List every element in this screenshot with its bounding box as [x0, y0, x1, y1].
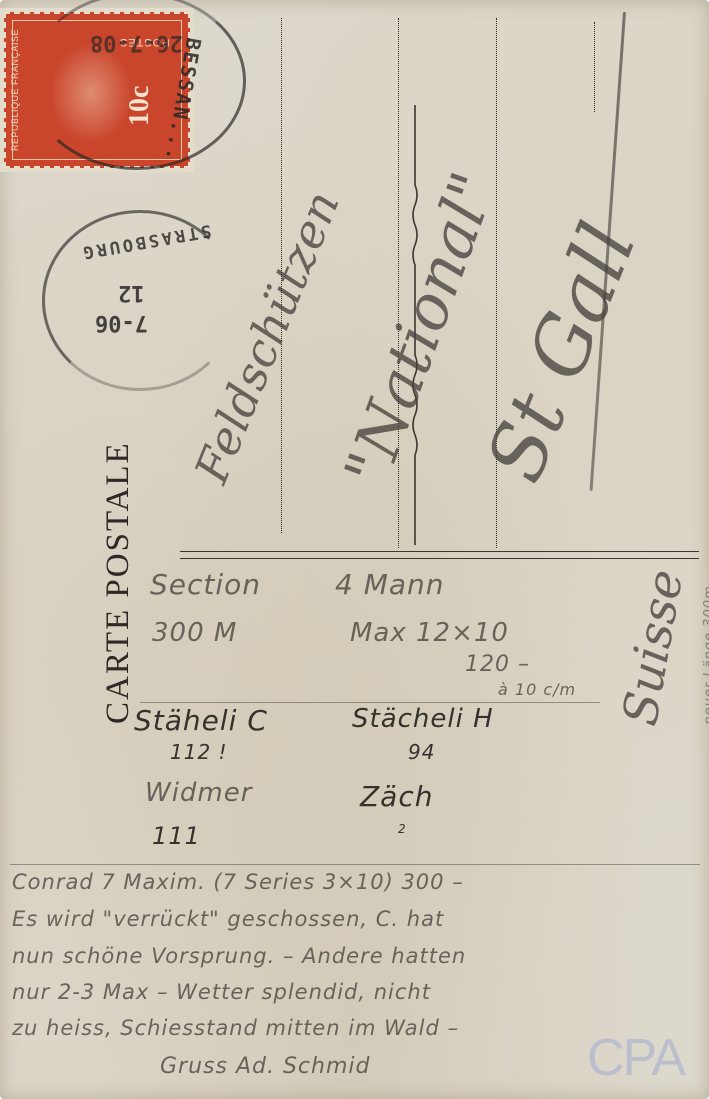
message-line: zu heiss, Schiesstand mitten im Wald –	[12, 1016, 459, 1040]
address-dotted-line	[594, 22, 595, 112]
score-sub-left: 300 M	[152, 618, 237, 648]
pencil-rule	[140, 702, 600, 703]
watermark: CPA	[587, 1028, 684, 1088]
shooter-name: Zäch	[360, 780, 433, 813]
shooter-name: Stäheli C	[134, 704, 268, 737]
shooter-score: 112 !	[170, 740, 228, 764]
shooter-name: Stächeli H	[352, 704, 494, 734]
shooter-score: 94	[408, 740, 435, 764]
message-line: Es wird "verrückt" geschossen, C. hat	[12, 907, 444, 931]
message-line: nur 2-3 Max – Wetter splendid, nicht	[12, 980, 431, 1004]
divider-line	[180, 558, 699, 559]
divider-line	[180, 551, 699, 552]
stamp-country: REPUBLIQUE FRANÇAISE	[10, 20, 28, 160]
message-line: nun schöne Vorsprung. – Andere hatten	[12, 944, 466, 968]
postcard-back: REPUBLIQUE FRANÇAISE POSTES 10c BESSAN..…	[0, 0, 709, 1099]
address-line-4: Suisse	[612, 566, 694, 730]
card-header: CARTE POSTALE	[100, 354, 137, 724]
score-title-right: 4 Mann	[335, 568, 445, 601]
postmark-arrival-date: 7-06	[95, 310, 148, 335]
pencil-rule	[10, 864, 700, 865]
address-line-3: St Gall	[470, 211, 654, 493]
message-signature: Gruss Ad. Schmid	[160, 1054, 370, 1079]
postmark-arrival-number: 12	[118, 280, 145, 305]
message-line: Conrad 7 Maxim. (7 Series 3×10) 300 –	[12, 870, 464, 894]
postmark-circle-top	[28, 0, 246, 170]
score-max-points: 120 –	[465, 652, 530, 677]
score-target: à 10 c/m	[498, 680, 576, 699]
score-title-left: Section	[150, 568, 261, 601]
margin-note: ...neuer Länge 300m	[702, 585, 709, 740]
shooter-name: Widmer	[145, 778, 252, 808]
postmark-top-date: 26-7-08	[90, 30, 183, 55]
shooter-score: 2	[398, 822, 407, 836]
score-sub-right: Max 12×10	[350, 618, 509, 648]
shooter-score: 111	[152, 822, 201, 850]
